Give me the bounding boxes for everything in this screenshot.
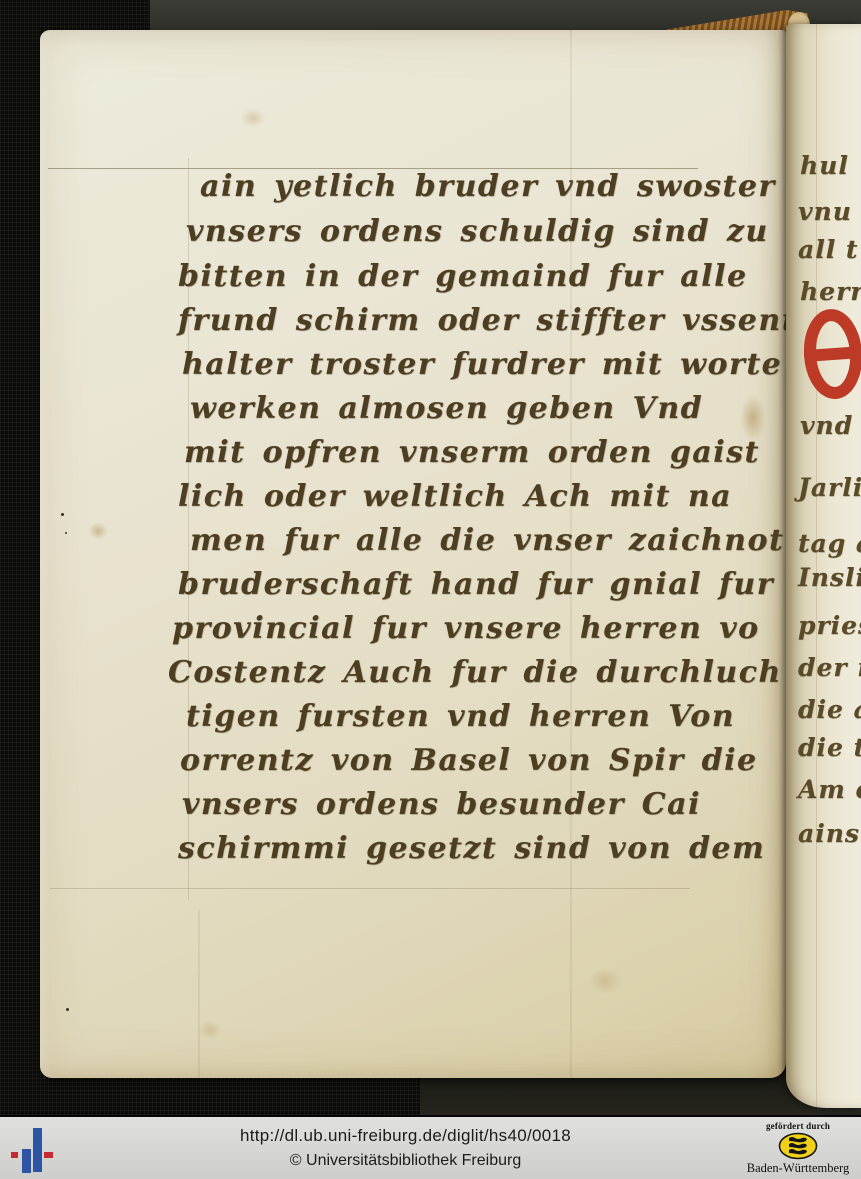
next-page-fragment: die tr (798, 734, 861, 762)
manuscript-text-line: frund schirm oder stiffter vssent (178, 304, 786, 338)
manuscript-text-line: lich oder weltlich Ach mit na (178, 480, 732, 514)
manuscript-text-line: orrentz von Basel von Spir die (180, 744, 758, 778)
ub-logo-tall-blue-bar (33, 1128, 42, 1172)
manuscript-text-line: werken almosen geben Vnd (190, 392, 703, 426)
next-page-leaf: hul vnu all t herr vnd f Jarlic tag a In… (786, 24, 861, 1108)
ruling-line-bottom (50, 888, 690, 889)
next-page-fragment: die a (798, 696, 861, 724)
manuscript-text-line: tigen fursten vnd herren Von (186, 700, 735, 734)
next-page-fragment: herr (800, 278, 861, 306)
ub-logo-left-red-square (11, 1152, 18, 1158)
ub-logo-short-blue-bar (22, 1149, 31, 1173)
funded-by-label: gefördert durch (742, 1121, 854, 1131)
next-page-fragment: Am e (798, 776, 861, 804)
next-page-fragment: ainst (798, 820, 861, 848)
manuscript-text-line: Costentz Auch fur die durchluch (168, 656, 782, 690)
manuscript-page: ain yetlich bruder vnd swoster vnsers or… (40, 30, 786, 1078)
ub-freiburg-logo-icon (0, 1117, 70, 1179)
ink-speck (66, 1008, 69, 1011)
footer-url: http://dl.ub.uni-freiburg.de/diglit/hs40… (70, 1126, 741, 1146)
manuscript-text-line: vnsers ordens schuldig sind zu (186, 215, 769, 249)
next-page-fragment: Insli (798, 564, 861, 592)
ub-logo-right-red-square (44, 1152, 53, 1158)
manuscript-text-line: halter troster furdrer mit worte (182, 348, 782, 382)
baden-wuerttemberg-funding-block: gefördert durch Baden-Württemberg (742, 1119, 854, 1179)
red-lombard-initial-icon (801, 306, 861, 402)
next-page-fragment: der n (798, 654, 861, 682)
next-page-fragment: all t (798, 236, 858, 264)
next-page-fragment: vnu (798, 198, 852, 226)
manuscript-text-line: bruderschaft hand fur gnial fur (178, 568, 774, 602)
manuscript-text-line: vnsers ordens besunder Cai (182, 788, 701, 822)
manuscript-text-line: bitten in der gemaind fur alle (178, 260, 748, 294)
next-page-fragment: tag a (798, 530, 861, 558)
next-page-fragment: hul (800, 152, 849, 180)
ink-speck (61, 513, 64, 516)
manuscript-text-line: schirmmi gesetzt sind von dem (178, 832, 765, 866)
ink-speck (65, 532, 67, 534)
next-page-fragment: pries (798, 612, 861, 640)
manuscript-text-line: mit opfren vnserm orden gaist (184, 436, 760, 470)
next-page-fragment: Jarlic (798, 474, 861, 502)
parchment-stain (240, 108, 266, 128)
next-page-fragment: vnd f (800, 412, 861, 440)
footer-text-block: http://dl.ub.uni-freiburg.de/diglit/hs40… (70, 1117, 741, 1179)
region-label: Baden-Württemberg (742, 1161, 854, 1176)
footer-copyright: © Universitätsbibliothek Freiburg (70, 1152, 741, 1170)
baden-wuerttemberg-coat-of-arms-icon (778, 1132, 818, 1160)
parchment-stain (88, 522, 108, 540)
parchment-stain (588, 968, 622, 994)
manuscript-text-line: provincial fur vnsere herren vo (172, 612, 760, 646)
parchment-stain (198, 1020, 222, 1040)
manuscript-text-line: men fur alle die vnser zaichnot (190, 524, 784, 558)
footer-bar: http://dl.ub.uni-freiburg.de/diglit/hs40… (0, 1115, 861, 1179)
manuscript-text-line: ain yetlich bruder vnd swoster (200, 170, 776, 204)
page-crease-lower (198, 910, 200, 1078)
